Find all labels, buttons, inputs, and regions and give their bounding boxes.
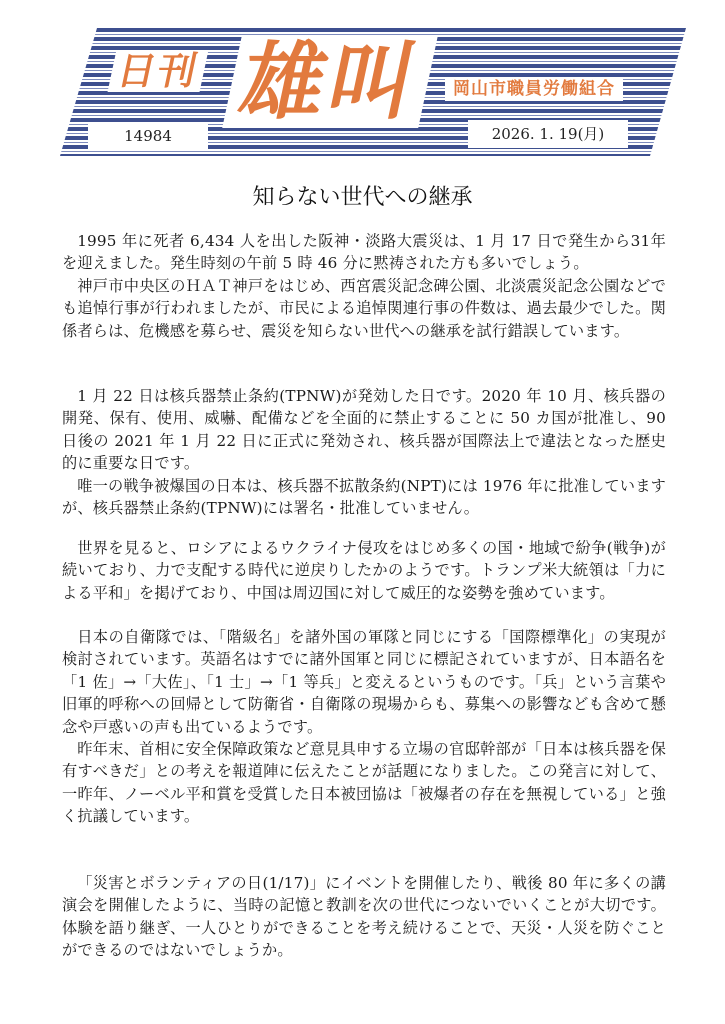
issue-date: 2026. 1. 19(月) — [468, 120, 628, 148]
masthead-organization: 岡山市職員労働組合 — [445, 78, 623, 101]
issue-number: 14984 — [88, 122, 208, 150]
article-paragraph: 1995 年に死者 6,434 人を出した阪神・淡路大震災は、1 月 17 日で… — [62, 230, 666, 275]
article-paragraph: 「災害とボランティアの日(1/17)」にイベントを開催したり、戦後 80 年に多… — [62, 872, 666, 962]
masthead-label-daily: 日刊 — [108, 50, 209, 92]
article-paragraph: 1 月 22 日は核兵器禁止条約(TPNW)が発効した日です。2020 年 10… — [62, 385, 666, 475]
article-headline: 知らない世代への継承 — [0, 180, 725, 211]
masthead: 日刊 雄叫 岡山市職員労働組合 14984 2026. 1. 19(月) — [60, 28, 686, 156]
masthead-title: 雄叫 — [222, 36, 438, 128]
article-paragraph: 神戸市中央区のＨＡＴ神戸をはじめ、西宮震災記念碑公園、北淡震災記念公園などでも追… — [62, 275, 666, 342]
article-paragraph: 唯一の戦争被爆国の日本は、核兵器不拡散条約(NPT)には 1976 年に批准して… — [62, 475, 666, 520]
article-paragraph: 日本の自衛隊では、「階級名」を諸外国の軍隊と同じにする「国際標準化」の実現が検討… — [62, 626, 666, 738]
article-paragraph: 世界を見ると、ロシアによるウクライナ侵攻をはじめ多くの国・地域で紛争(戦争)が続… — [62, 537, 666, 604]
article-paragraph: 昨年末、首相に安全保障政策など意見具申する立場の官邸幹部が「日本は核兵器を保有す… — [62, 738, 666, 828]
